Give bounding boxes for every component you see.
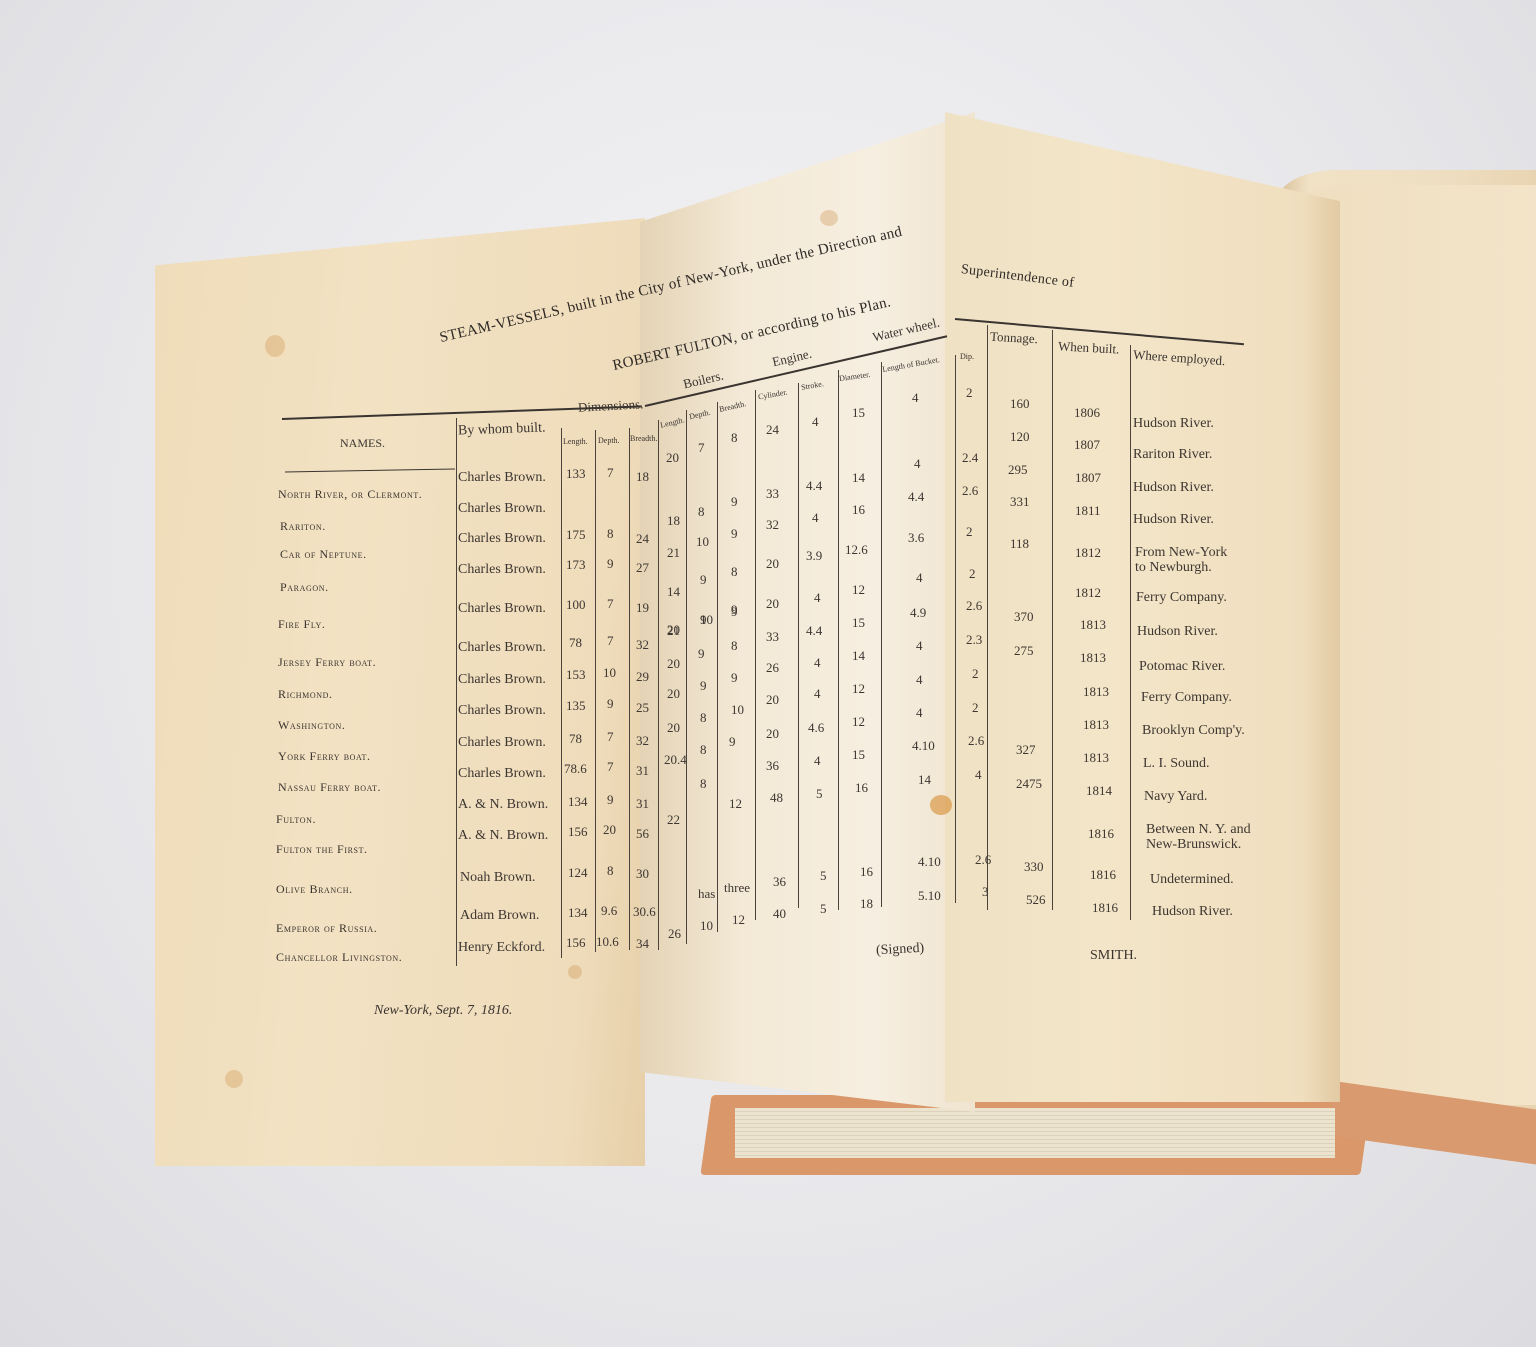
header-names: NAMES. bbox=[340, 436, 385, 451]
vessel-builder: Adam Brown. bbox=[460, 908, 539, 924]
cell-dim-length: 173 bbox=[566, 557, 586, 573]
cell-dip: 2.6 bbox=[962, 483, 978, 499]
cell-tonnage: 526 bbox=[1026, 892, 1046, 908]
cell-boil-breadth: three bbox=[724, 880, 750, 896]
cell-bucket: 3.6 bbox=[908, 530, 924, 546]
vessel-name: Emperor of Russia. bbox=[276, 921, 377, 936]
cell-bucket: 14 bbox=[918, 772, 931, 788]
vessel-name: Paragon. bbox=[280, 580, 329, 595]
cell-dip: 3 bbox=[982, 884, 989, 900]
cell-tonnage: 2475 bbox=[1016, 776, 1042, 792]
cell-boil-breadth: 9 bbox=[729, 734, 736, 750]
cell-diameter: 14 bbox=[852, 470, 865, 486]
cell-boil-depth: 7 bbox=[698, 440, 705, 456]
cell-dip: 2 bbox=[972, 666, 979, 682]
cell-dim-length: 156 bbox=[568, 824, 588, 840]
vessel-builder: A. & N. Brown. bbox=[458, 797, 548, 813]
cell-stroke: 4 bbox=[814, 686, 821, 702]
vessel-name: Car of Neptune. bbox=[280, 547, 367, 562]
cell-dim-length: 134 bbox=[568, 905, 588, 921]
cell-dip: 2 bbox=[966, 385, 973, 401]
cell-cylinder: 20 bbox=[766, 692, 779, 708]
cell-dim-depth: 7 bbox=[607, 465, 614, 481]
cell-dip: 2 bbox=[972, 700, 979, 716]
cell-diameter: 15 bbox=[852, 747, 865, 763]
column-divider bbox=[629, 428, 630, 950]
cell-when-built: 1816 bbox=[1092, 900, 1118, 916]
place-and-date: New-York, Sept. 7, 1816. bbox=[374, 1003, 512, 1019]
cell-when-built: 1811 bbox=[1075, 503, 1101, 519]
cell-stroke: 4 bbox=[812, 510, 819, 526]
cell-dip: 2 bbox=[969, 566, 976, 582]
vessel-name: Rariton. bbox=[280, 519, 326, 534]
signed-label: (Signed) bbox=[876, 941, 925, 960]
cell-where-employed: Between N. Y. and New-Brunswick. bbox=[1146, 822, 1251, 852]
cell-boil-breadth: 8 bbox=[731, 430, 738, 446]
cell-boil-depth: 8 bbox=[698, 504, 705, 520]
cell-diameter: 16 bbox=[855, 780, 868, 796]
cell-boil-length: 21 bbox=[667, 623, 680, 639]
header-dim-breadth: Breadth. bbox=[630, 434, 657, 443]
column-divider bbox=[798, 383, 799, 908]
vessel-builder: Noah Brown. bbox=[460, 870, 535, 886]
cell-where-employed: From New-York to Newburgh. bbox=[1135, 545, 1227, 575]
cell-diameter: 16 bbox=[860, 864, 873, 880]
cell-bucket: 4 bbox=[916, 570, 923, 586]
foxing-stain bbox=[930, 795, 952, 815]
cell-dim-depth: 7 bbox=[607, 729, 614, 745]
cell-tonnage: 118 bbox=[1010, 536, 1029, 552]
cell-dim-depth: 7 bbox=[607, 633, 614, 649]
cell-bucket: 4 bbox=[916, 672, 923, 688]
cell-diameter: 18 bbox=[860, 896, 873, 912]
cell-dip: 2.6 bbox=[968, 733, 984, 749]
vessel-name: Olive Branch. bbox=[276, 882, 353, 897]
cell-dim-depth: 10 bbox=[603, 665, 616, 681]
cell-boil-length: 20.4 bbox=[664, 752, 687, 768]
vessel-builder: Henry Eckford. bbox=[458, 940, 545, 956]
cell-where-employed: Hudson River. bbox=[1133, 512, 1214, 527]
column-divider bbox=[658, 420, 659, 950]
cell-stroke: 4.6 bbox=[808, 720, 824, 736]
cell-where-employed: Undetermined. bbox=[1150, 872, 1234, 887]
cell-cylinder: 24 bbox=[766, 422, 779, 438]
cell-dim-depth: 9.6 bbox=[601, 903, 617, 919]
cell-boil-length: 20 bbox=[667, 656, 680, 672]
cell-diameter: 12 bbox=[852, 681, 865, 697]
header-dip: Dip. bbox=[960, 352, 974, 361]
header-when-built: When built. bbox=[1058, 338, 1120, 357]
cell-stroke: 4 bbox=[814, 590, 821, 606]
cell-dip: 2 bbox=[966, 524, 973, 540]
column-divider bbox=[595, 430, 596, 952]
vessel-name: Fire Fly. bbox=[278, 617, 326, 632]
cell-boil-length: 20 bbox=[667, 686, 680, 702]
cell-dip: 2.6 bbox=[975, 852, 991, 868]
vessel-name: Richmond. bbox=[278, 687, 333, 702]
cell-boil-breadth: 12 bbox=[732, 912, 745, 928]
cell-when-built: 1813 bbox=[1080, 617, 1106, 633]
cell-cylinder: 33 bbox=[766, 629, 779, 645]
cell-stroke: 4.4 bbox=[806, 478, 822, 494]
cell-where-employed: Brooklyn Comp'y. bbox=[1142, 723, 1245, 738]
cell-tonnage: 120 bbox=[1010, 429, 1030, 445]
cell-boil-length: 20 bbox=[667, 720, 680, 736]
cell-boil-length: 26 bbox=[668, 926, 681, 942]
cell-when-built: 1807 bbox=[1075, 470, 1101, 486]
vessel-builder: Charles Brown. bbox=[458, 703, 546, 719]
cell-boil-breadth: 10 bbox=[731, 702, 744, 718]
vessel-builder: Charles Brown. bbox=[458, 672, 546, 688]
cell-tonnage: 330 bbox=[1024, 859, 1044, 875]
cell-dim-depth: 7 bbox=[607, 759, 614, 775]
cell-when-built: 1813 bbox=[1083, 750, 1109, 766]
cell-boil-length: 21 bbox=[667, 545, 680, 561]
cell-dip: 2.6 bbox=[966, 598, 982, 614]
cell-dim-breadth: 34 bbox=[636, 936, 649, 952]
cell-cylinder: 40 bbox=[773, 906, 786, 922]
cell-dim-depth: 8 bbox=[607, 863, 614, 879]
cell-when-built: 1812 bbox=[1075, 585, 1101, 601]
cell-tonnage: 160 bbox=[1010, 396, 1030, 412]
cell-diameter: 15 bbox=[852, 405, 865, 421]
cell-dim-breadth: 18 bbox=[636, 469, 649, 485]
cell-dip: 2.4 bbox=[962, 450, 978, 466]
cell-dim-depth: 9 bbox=[607, 556, 614, 572]
cell-cylinder: 20 bbox=[766, 726, 779, 742]
vessel-name: Fulton the First. bbox=[276, 842, 368, 857]
header-dim-length: Length. bbox=[563, 437, 588, 446]
cell-diameter: 14 bbox=[852, 648, 865, 664]
cell-bucket: 5.10 bbox=[918, 888, 941, 904]
cell-bucket: 4 bbox=[916, 705, 923, 721]
column-divider bbox=[987, 325, 988, 910]
header-by-whom-built: By whom built. bbox=[458, 420, 546, 439]
cell-cylinder: 33 bbox=[766, 486, 779, 502]
cell-where-employed: Hudson River. bbox=[1137, 624, 1218, 639]
cell-where-employed: Ferry Company. bbox=[1136, 590, 1227, 605]
cell-boil-breadth: 12 bbox=[729, 796, 742, 812]
cell-cylinder: 20 bbox=[766, 596, 779, 612]
cell-tonnage: 370 bbox=[1014, 609, 1034, 625]
vessel-builder: Charles Brown. bbox=[458, 531, 546, 547]
cell-dim-breadth: 29 bbox=[636, 669, 649, 685]
cell-dim-length: 153 bbox=[566, 667, 586, 683]
cell-dim-length: 156 bbox=[566, 935, 586, 951]
cell-dim-depth: 8 bbox=[607, 526, 614, 542]
foxing-stain bbox=[225, 1070, 243, 1088]
cell-dim-breadth: 32 bbox=[636, 637, 649, 653]
cell-stroke: 4 bbox=[814, 655, 821, 671]
cell-where-employed: Ferry Company. bbox=[1141, 690, 1232, 705]
cell-boil-depth: has bbox=[698, 886, 715, 902]
header-dim-depth: Depth. bbox=[598, 436, 620, 445]
cell-dim-breadth: 31 bbox=[636, 763, 649, 779]
cell-when-built: 1813 bbox=[1083, 717, 1109, 733]
book-page-block bbox=[735, 1108, 1335, 1158]
cell-where-employed: Potomac River. bbox=[1139, 659, 1225, 674]
cell-cylinder: 48 bbox=[770, 790, 783, 806]
cell-dim-depth: 20 bbox=[603, 822, 616, 838]
vessel-builder: A. & N. Brown. bbox=[458, 828, 548, 844]
cell-stroke: 4 bbox=[812, 414, 819, 430]
cell-dim-length: 78 bbox=[569, 731, 582, 747]
cell-where-employed: Rariton River. bbox=[1133, 447, 1212, 462]
cell-dim-length: 78.6 bbox=[564, 761, 587, 777]
cell-boil-breadth: 9 bbox=[731, 494, 738, 510]
cell-tonnage: 327 bbox=[1016, 742, 1036, 758]
vessel-builder: Charles Brown. bbox=[458, 562, 546, 578]
cell-stroke: 5 bbox=[820, 868, 827, 884]
vessel-name: York Ferry boat. bbox=[278, 749, 371, 764]
cell-stroke: 4 bbox=[814, 753, 821, 769]
cell-dim-depth: 10.6 bbox=[596, 934, 619, 950]
cell-boil-depth: 8 bbox=[700, 742, 707, 758]
cell-diameter: 12 bbox=[852, 582, 865, 598]
vessel-builder: Charles Brown. bbox=[458, 640, 546, 656]
cell-cylinder: 36 bbox=[766, 758, 779, 774]
cell-dim-depth: 9 bbox=[607, 696, 614, 712]
cell-tonnage: 295 bbox=[1008, 462, 1028, 478]
cell-cylinder: 26 bbox=[766, 660, 779, 676]
cell-where-employed: Hudson River. bbox=[1133, 416, 1214, 431]
cell-diameter: 12.6 bbox=[845, 542, 868, 558]
header-dimensions: Dimensions. bbox=[578, 396, 644, 415]
cell-boil-depth: 10 bbox=[700, 918, 713, 934]
photo-scene: STEAM-VESSELS, built in the City of New-… bbox=[0, 0, 1536, 1347]
cell-boil-depth: 10 bbox=[700, 612, 713, 628]
cell-when-built: 1813 bbox=[1083, 684, 1109, 700]
cell-bucket: 4.9 bbox=[910, 605, 926, 621]
cell-dim-breadth: 32 bbox=[636, 733, 649, 749]
cell-dim-breadth: 56 bbox=[636, 826, 649, 842]
cell-boil-depth: 9 bbox=[700, 572, 707, 588]
cell-boil-breadth: 9 bbox=[731, 670, 738, 686]
cell-dim-breadth: 27 bbox=[636, 560, 649, 576]
cell-where-employed: Hudson River. bbox=[1133, 480, 1214, 495]
cell-dim-length: 78 bbox=[569, 635, 582, 651]
cell-dim-length: 124 bbox=[568, 865, 588, 881]
column-divider bbox=[838, 370, 839, 910]
cell-bucket: 4 bbox=[914, 456, 921, 472]
signature: SMITH. bbox=[1090, 948, 1137, 964]
cell-dip: 2.3 bbox=[966, 632, 982, 648]
column-divider bbox=[755, 390, 756, 920]
cell-diameter: 12 bbox=[852, 714, 865, 730]
foldout-panel-right bbox=[945, 112, 1340, 1102]
cell-dim-breadth: 30.6 bbox=[633, 904, 656, 920]
cell-dim-length: 133 bbox=[566, 466, 586, 482]
cell-when-built: 1816 bbox=[1090, 867, 1116, 883]
foldout-panel-left bbox=[155, 218, 645, 1166]
vessel-builder: Charles Brown. bbox=[458, 735, 546, 751]
cell-boil-breadth: 9 bbox=[731, 526, 738, 542]
cell-boil-depth: 9 bbox=[698, 646, 705, 662]
cell-dim-breadth: 24 bbox=[636, 531, 649, 547]
column-divider bbox=[717, 402, 718, 932]
cell-boil-breadth: 8 bbox=[731, 638, 738, 654]
cell-cylinder: 20 bbox=[766, 556, 779, 572]
cell-diameter: 15 bbox=[852, 615, 865, 631]
cell-bucket: 4 bbox=[912, 390, 919, 406]
cell-bucket: 4.4 bbox=[908, 489, 924, 505]
cell-stroke: 3.9 bbox=[806, 548, 822, 564]
vessel-builder: Charles Brown. bbox=[458, 501, 546, 517]
column-divider bbox=[456, 418, 457, 966]
cell-dim-breadth: 31 bbox=[636, 796, 649, 812]
cell-when-built: 1812 bbox=[1075, 545, 1101, 561]
vessel-name: Nassau Ferry boat. bbox=[278, 780, 381, 795]
cell-dim-length: 175 bbox=[566, 527, 586, 543]
cell-when-built: 1813 bbox=[1080, 650, 1106, 666]
cell-dim-length: 100 bbox=[566, 597, 586, 613]
foxing-stain bbox=[265, 335, 285, 357]
cell-diameter: 16 bbox=[852, 502, 865, 518]
vessel-name: Jersey Ferry boat. bbox=[278, 655, 376, 670]
cell-where-employed: Navy Yard. bbox=[1144, 789, 1207, 804]
cell-boil-length: 22 bbox=[667, 812, 680, 828]
cell-bucket: 4.10 bbox=[912, 738, 935, 754]
cell-where-employed: Hudson River. bbox=[1152, 904, 1233, 919]
vessel-name: Fulton. bbox=[276, 812, 316, 827]
cell-bucket: 4 bbox=[916, 638, 923, 654]
cell-stroke: 5 bbox=[816, 786, 823, 802]
cell-cylinder: 32 bbox=[766, 517, 779, 533]
vessel-builder: Charles Brown. bbox=[458, 766, 546, 782]
cell-stroke: 5 bbox=[820, 901, 827, 917]
column-divider bbox=[955, 355, 956, 903]
cell-bucket: 4.10 bbox=[918, 854, 941, 870]
column-divider bbox=[1052, 330, 1053, 910]
cell-dim-breadth: 30 bbox=[636, 866, 649, 882]
cell-boil-depth: 9 bbox=[700, 678, 707, 694]
vessel-name: North River, or Clermont. bbox=[278, 487, 422, 502]
cell-dim-length: 135 bbox=[566, 698, 586, 714]
cell-boil-depth: 10 bbox=[696, 534, 709, 550]
cell-cylinder: 36 bbox=[773, 874, 786, 890]
header-tonnage: Tonnage. bbox=[990, 329, 1039, 347]
vessel-builder: Charles Brown. bbox=[458, 470, 546, 486]
cell-tonnage: 331 bbox=[1010, 494, 1030, 510]
cell-dim-breadth: 19 bbox=[636, 600, 649, 616]
cell-dim-depth: 9 bbox=[607, 792, 614, 808]
cell-boil-breadth: 8 bbox=[731, 564, 738, 580]
cell-dim-depth: 7 bbox=[607, 596, 614, 612]
cell-boil-depth: 8 bbox=[700, 776, 707, 792]
column-divider bbox=[1130, 345, 1131, 920]
column-divider bbox=[686, 410, 687, 944]
cell-boil-length: 20 bbox=[666, 450, 679, 466]
cell-tonnage: 275 bbox=[1014, 643, 1034, 659]
foxing-stain bbox=[568, 965, 582, 979]
cell-dip: 4 bbox=[975, 767, 982, 783]
cell-dim-breadth: 25 bbox=[636, 700, 649, 716]
cell-boil-depth: 8 bbox=[700, 710, 707, 726]
vessel-builder: Charles Brown. bbox=[458, 601, 546, 617]
cell-boil-length: 18 bbox=[667, 513, 680, 529]
cell-where-employed: L. I. Sound. bbox=[1143, 756, 1210, 771]
column-divider bbox=[881, 362, 882, 907]
cell-dim-length: 134 bbox=[568, 794, 588, 810]
cell-when-built: 1807 bbox=[1074, 437, 1100, 453]
cell-boil-breadth: 9 bbox=[731, 604, 738, 620]
cell-stroke: 4.4 bbox=[806, 623, 822, 639]
column-divider bbox=[561, 428, 562, 958]
cell-when-built: 1816 bbox=[1088, 826, 1114, 842]
cell-when-built: 1814 bbox=[1086, 783, 1112, 799]
vessel-name: Washington. bbox=[278, 718, 345, 733]
cell-boil-length: 14 bbox=[667, 584, 680, 600]
vessel-name: Chancellor Livingston. bbox=[276, 950, 402, 965]
cell-when-built: 1806 bbox=[1074, 405, 1100, 421]
foxing-stain bbox=[820, 210, 838, 226]
